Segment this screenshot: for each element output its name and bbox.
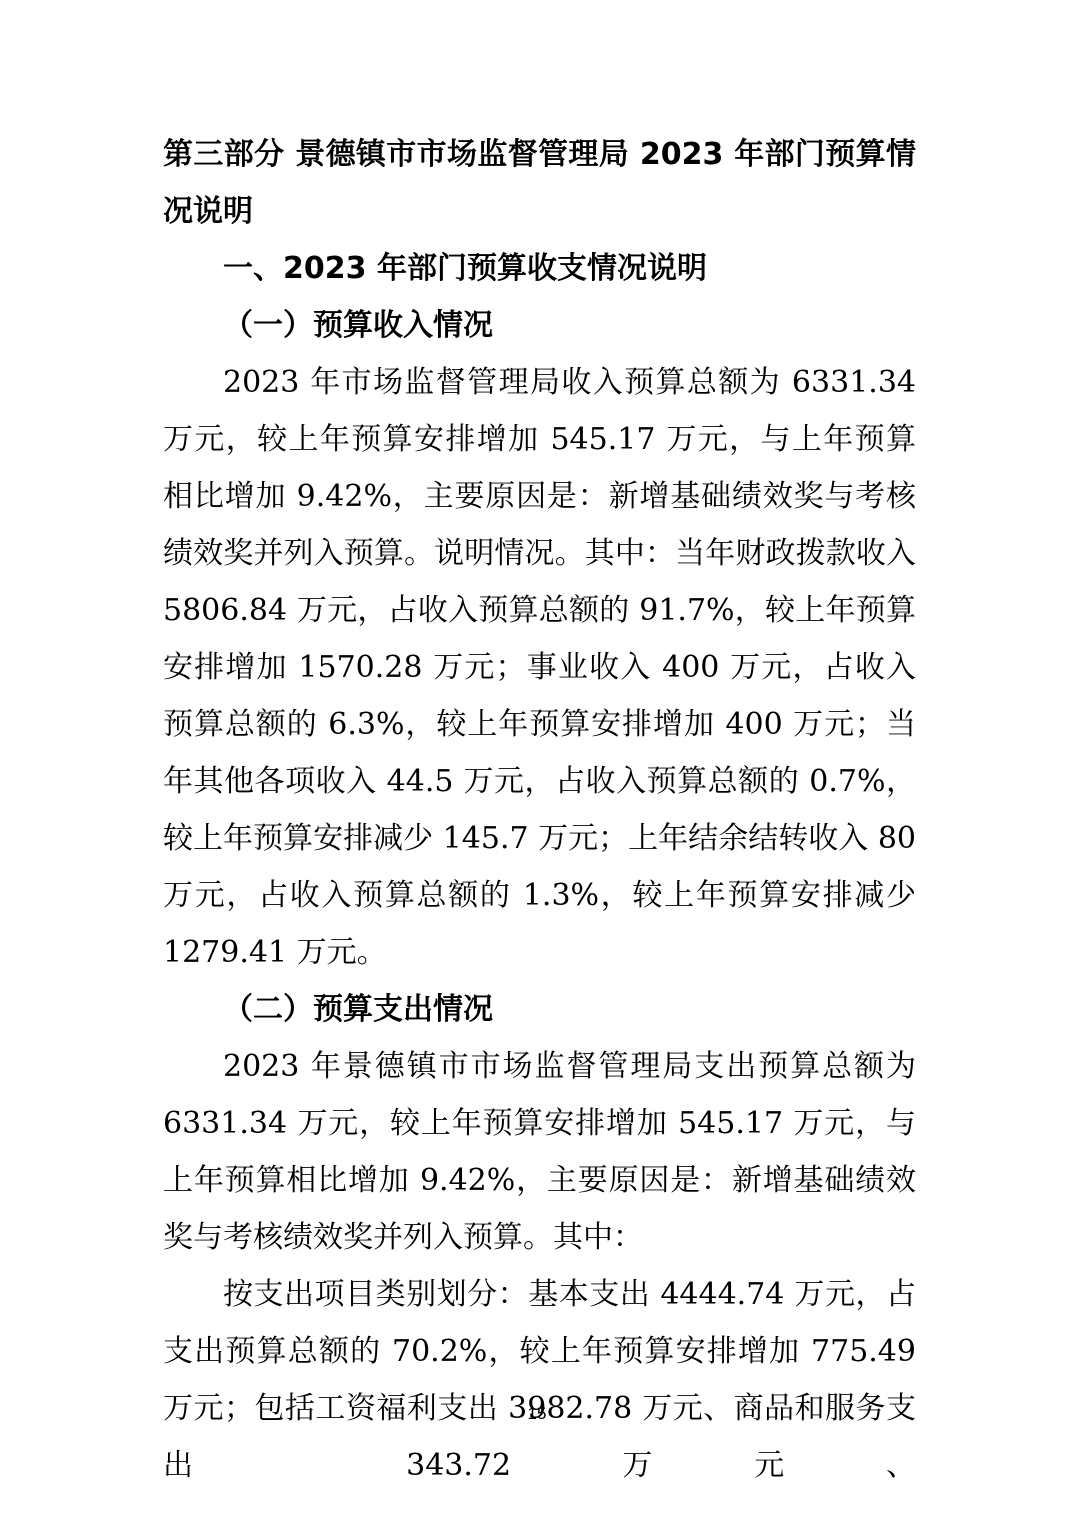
page-number: 15 xyxy=(528,1404,547,1423)
paragraph-expense-by-category: 按支出项目类别划分：基本支出 4444.74 万元，占支出预算总额的 70.2%… xyxy=(163,1266,916,1494)
document-body: 第三部分 景德镇市市场监督管理局 2023 年部门预算情况说明 一、2023 年… xyxy=(163,126,916,1494)
document-title: 第三部分 景德镇市市场监督管理局 2023 年部门预算情况说明 xyxy=(163,126,916,240)
paragraph-expense-total: 2023 年景德镇市市场监督管理局支出预算总额为 6331.34 万元，较上年预… xyxy=(163,1038,916,1266)
document-page: 第三部分 景德镇市市场监督管理局 2023 年部门预算情况说明 一、2023 年… xyxy=(0,0,1074,1520)
subsection-heading-income: （一）预算收入情况 xyxy=(163,297,916,354)
paragraph-income-details: 2023 年市场监督管理局收入预算总额为 6331.34 万元，较上年预算安排增… xyxy=(163,354,916,981)
subsection-heading-expense: （二）预算支出情况 xyxy=(163,981,916,1038)
section-heading-budget-overview: 一、2023 年部门预算收支情况说明 xyxy=(163,240,916,297)
page-footer: 15 xyxy=(0,1402,1074,1426)
